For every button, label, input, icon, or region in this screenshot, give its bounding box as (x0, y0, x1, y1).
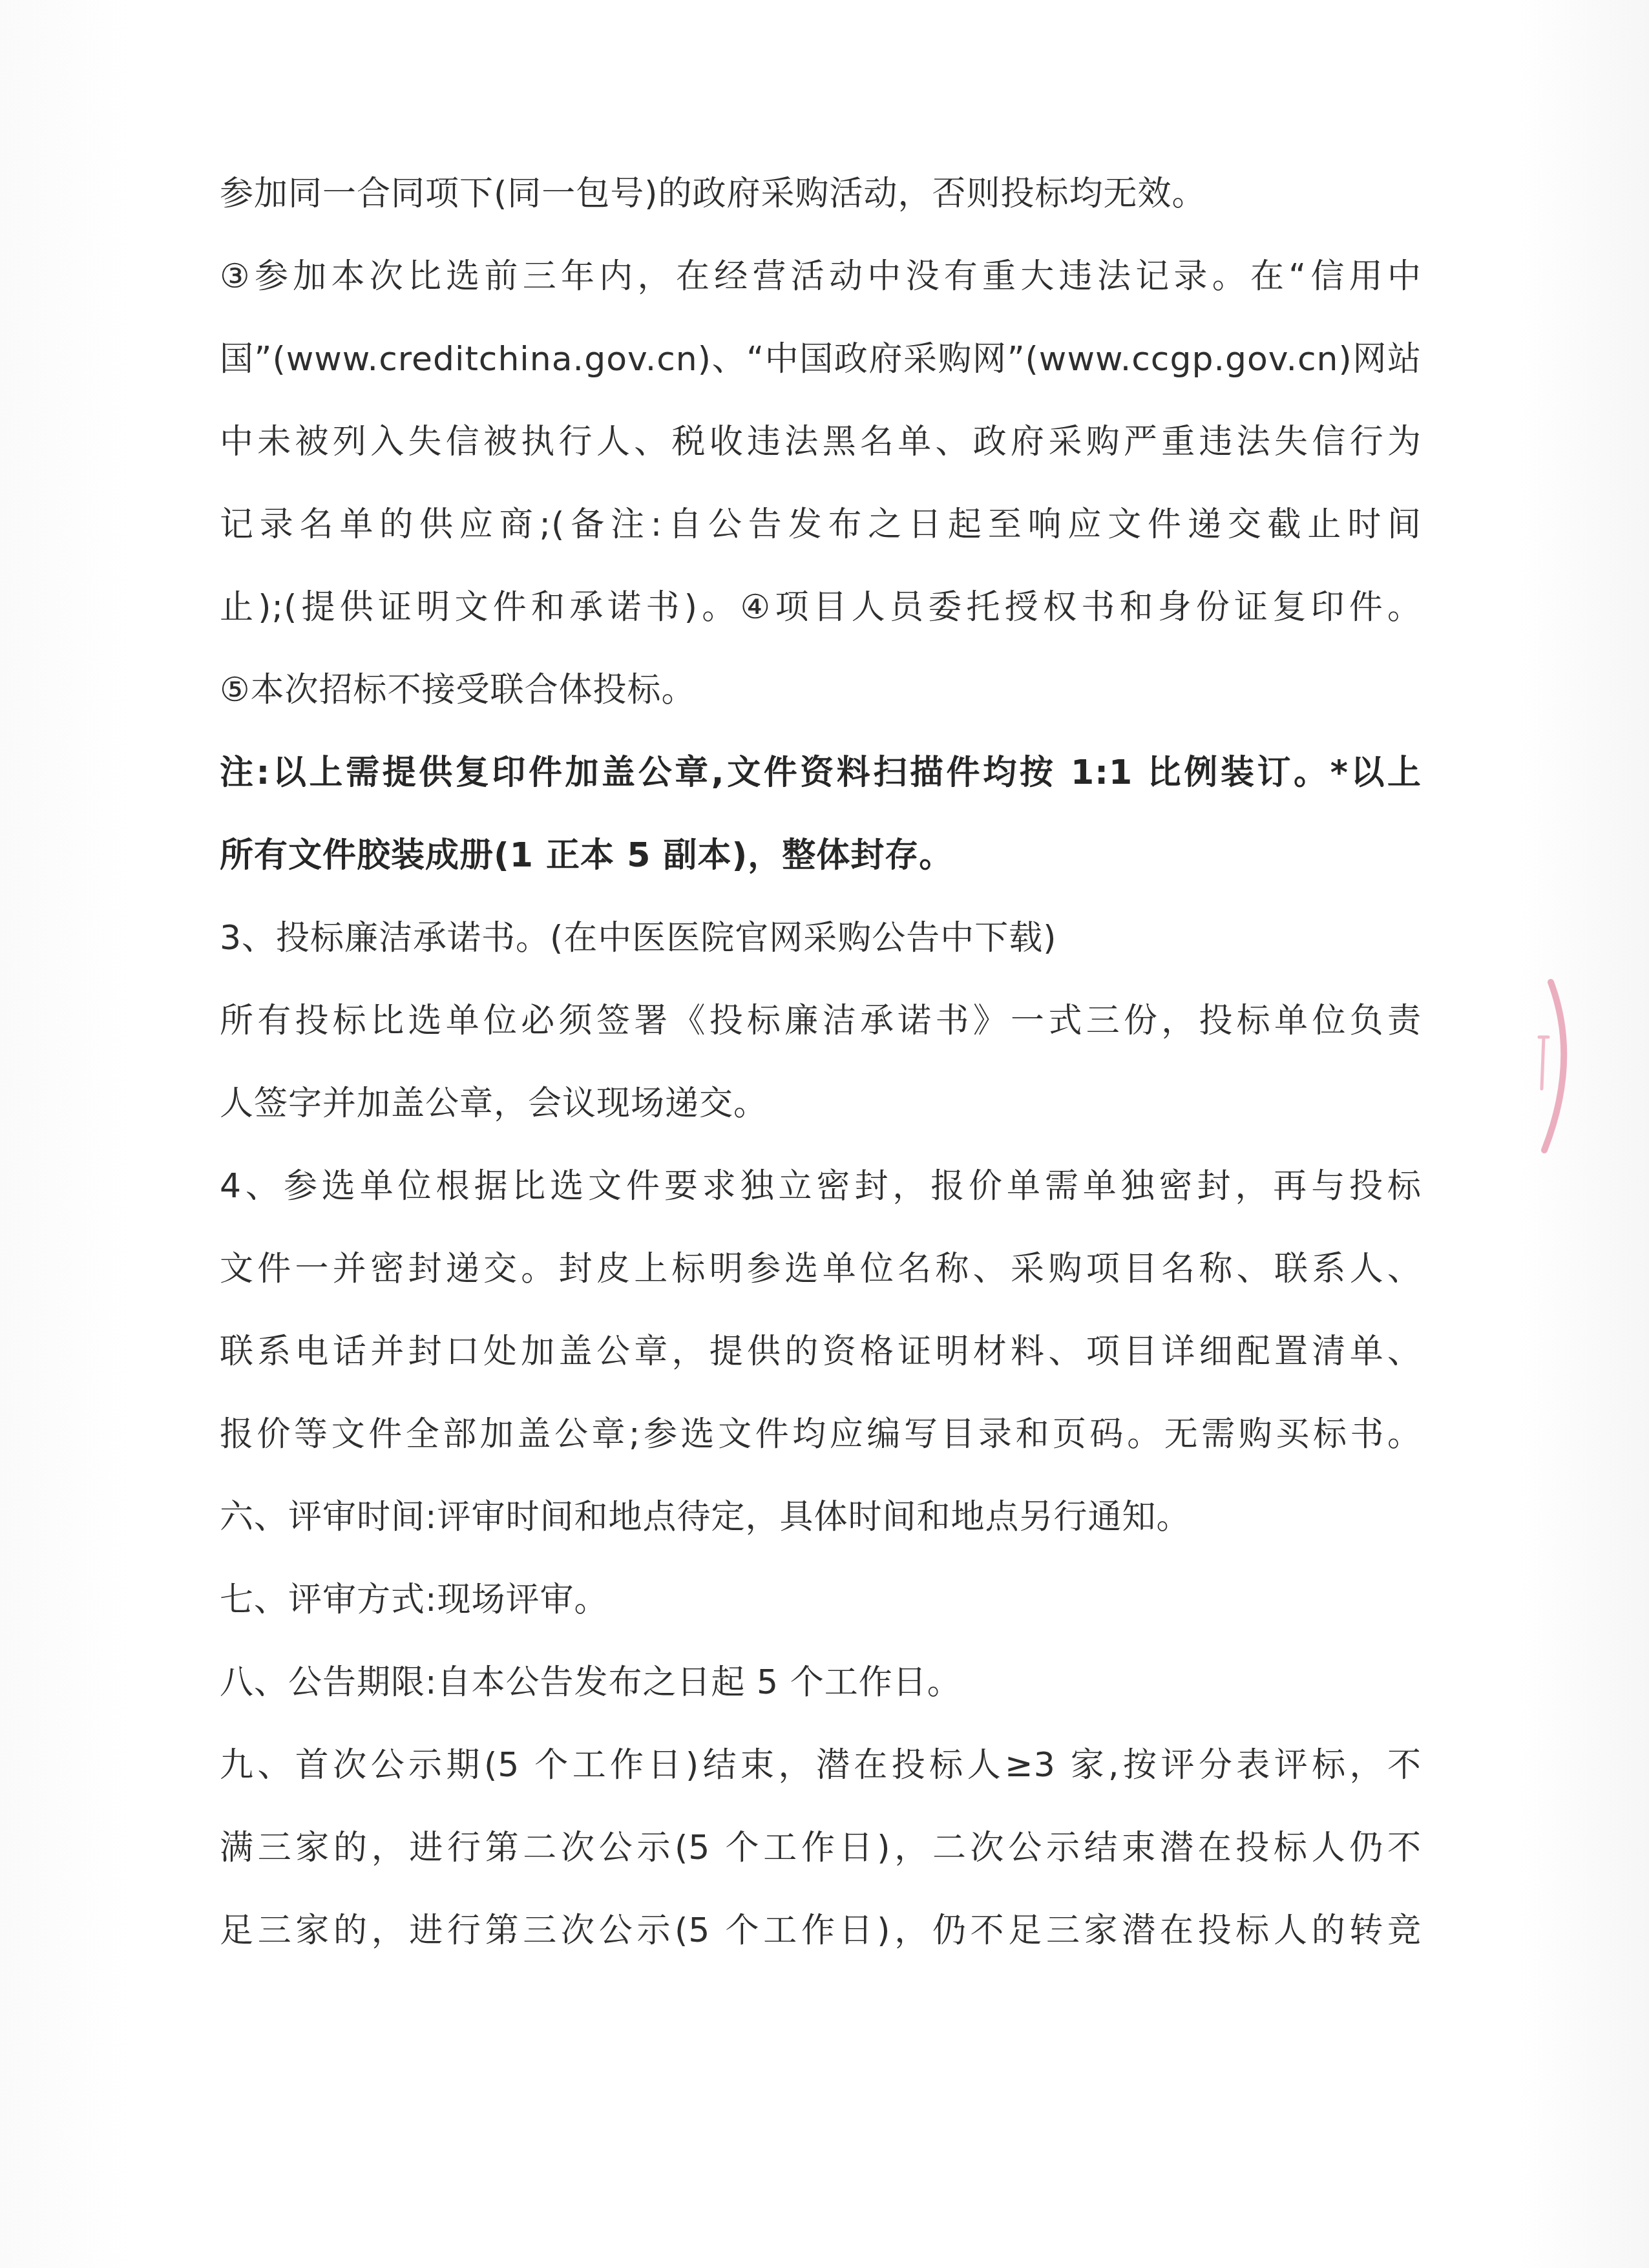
text-line-5: 记录名单的供应商;(备注:自公告发布之日起至响应文件递交截止时间 (220, 502, 1422, 547)
text-line-3: 国”(www.creditchina.gov.cn)、“中国政府采购网”(www… (220, 337, 1422, 382)
section-4-line-4: 报价等文件全部加盖公章;参选文件均应编写目录和页码。无需购买标书。 (220, 1412, 1422, 1457)
seal-stamp-fragment-icon (1525, 976, 1602, 1157)
text-line-12: 人签字并加盖公章，会议现场递交。 (220, 1081, 1422, 1126)
section-9-line-3: 足三家的，进行第三次公示(5 个工作日)，仍不足三家潜在投标人的转竞 (220, 1908, 1422, 1953)
section-9-line-1: 九、首次公示期(5 个工作日)结束，潜在投标人≥3 家,按评分表评标，不 (220, 1743, 1422, 1788)
note-line-2: 所有文件胶装成册(1 正本 5 副本)，整体封存。 (220, 833, 1422, 878)
section-4-line-3: 联系电话并封口处加盖公章，提供的资格证明材料、项目详细配置清单、 (220, 1329, 1422, 1374)
section-4-line-2: 文件一并密封递交。封皮上标明参选单位名称、采购项目名称、联系人、 (220, 1246, 1422, 1292)
text-line-11: 所有投标比选单位必须签署《投标廉洁承诺书》一式三份，投标单位负责 (220, 998, 1422, 1044)
section-3-heading: 3、投标廉洁承诺书。(在中医医院官网采购公告中下载) (220, 916, 1422, 961)
section-6-review-time: 六、评审时间:评审时间和地点待定，具体时间和地点另行通知。 (220, 1495, 1422, 1540)
text-line-7: ⑤本次招标不接受联合体投标。 (220, 667, 1422, 713)
text-line-2: ③参加本次比选前三年内，在经营活动中没有重大违法记录。在“信用中 (220, 254, 1422, 299)
section-7-review-method: 七、评审方式:现场评审。 (220, 1577, 1422, 1622)
note-line-1: 注:以上需提供复印件加盖公章,文件资料扫描件均按 1:1 比例装订。*以上 (220, 750, 1422, 795)
section-9-line-2: 满三家的，进行第二次公示(5 个工作日)，二次公示结束潜在投标人仍不 (220, 1825, 1422, 1871)
scanned-page: 参加同一合同项下(同一包号)的政府采购活动，否则投标均无效。 ③参加本次比选前三… (0, 0, 1649, 2268)
section-8-notice-period: 八、公告期限:自本公告发布之日起 5 个工作日。 (220, 1660, 1422, 1705)
text-line-6: 止);(提供证明文件和承诺书)。④项目人员委托授权书和身份证复印件。 (220, 585, 1422, 630)
section-4-line-1: 4、参选单位根据比选文件要求独立密封，报价单需单独密封，再与投标 (220, 1164, 1422, 1209)
text-line-1: 参加同一合同项下(同一包号)的政府采购活动，否则投标均无效。 (220, 171, 1422, 216)
text-line-4: 中未被列入失信被执行人、税收违法黑名单、政府采购严重违法失信行为 (220, 419, 1422, 465)
